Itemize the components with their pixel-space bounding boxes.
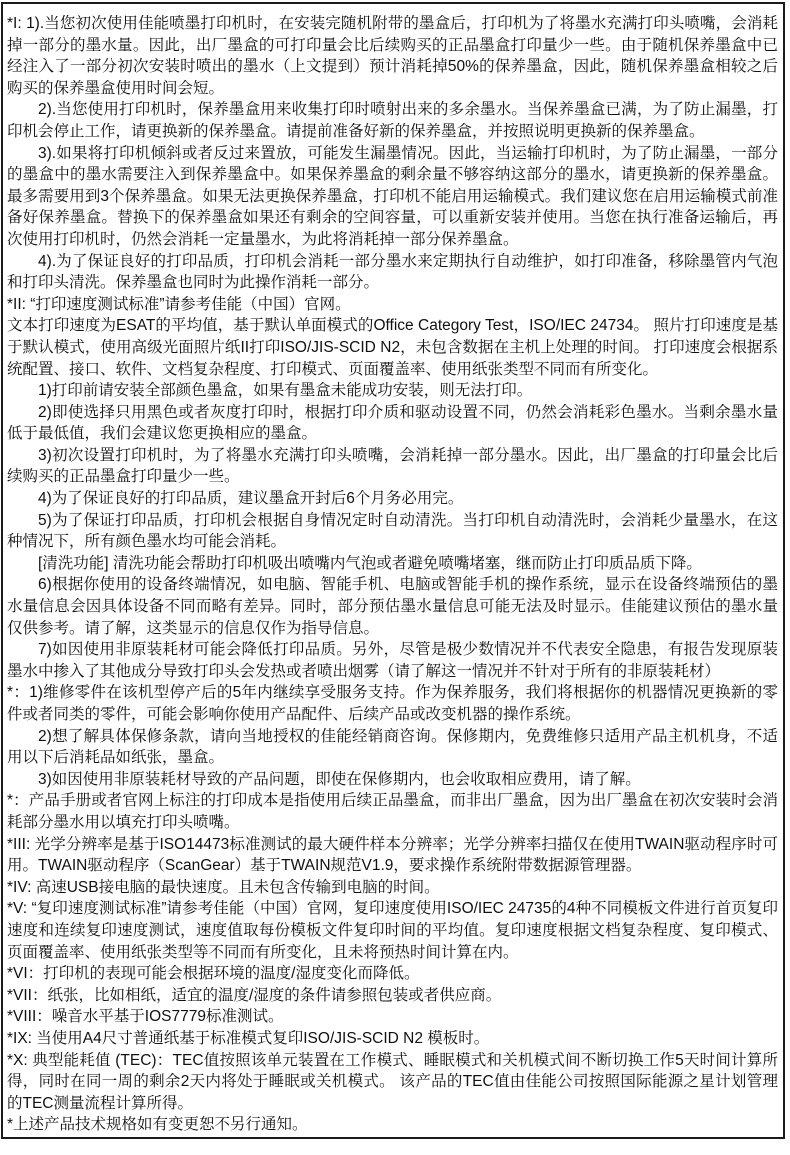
note-paragraph: 3)如因使用非原装耗材导致的产品问题，即使在保修期内，也会收取相应费用，请了解。 bbox=[7, 769, 778, 791]
note-paragraph: 4)为了保证良好的打印品质，建议墨盒开封后6个月务必用完。 bbox=[7, 488, 778, 510]
note-paragraph: 7)如因使用非原装耗材可能会降低打印品质。另外，尽管是极少数情况并不代表安全隐患… bbox=[7, 639, 778, 682]
note-paragraph: *I: 1).当您初次使用佳能喷墨打印机时，在安装完随机附带的墨盒后，打印机为了… bbox=[7, 13, 778, 99]
note-paragraph: *IX: 当使用A4尺寸普通纸基于标准模式复印ISO/JIS-SCID N2 模… bbox=[7, 1028, 778, 1050]
note-paragraph: 6)根据你使用的设备终端情况，如电脑、智能手机、电脑或智能手机的操作系统，显示在… bbox=[7, 574, 778, 639]
note-paragraph: *VI：打印机的表现可能会根据环境的温度/湿度变化而降低。 bbox=[7, 963, 778, 985]
note-paragraph: *II: “打印速度测试标准”请参考佳能（中国）官网。 bbox=[7, 294, 778, 316]
note-paragraph: *V: “复印速度测试标准”请参考佳能（中国）官网，复印速度使用ISO/IEC … bbox=[7, 898, 778, 963]
note-paragraph: *：1)维修零件在该机型停产后的5年内继续享受服务支持。作为保养服务，我们将根据… bbox=[7, 682, 778, 725]
note-paragraph: *详细参数请参考佳能（中国）官网参数规格。 bbox=[7, 1136, 778, 1139]
note-paragraph: 3)初次设置打印机时，为了将墨水充满打印头喷嘴，会消耗掉一部分墨水。因此，出厂墨… bbox=[7, 445, 778, 488]
note-paragraph: 5)为了保证打印品质，打印机会根据自身情况定时自动清洗。当打印机自动清洗时，会消… bbox=[7, 510, 778, 553]
note-paragraph: [清洗功能] 清洗功能会帮助打印机吸出喷嘴内气泡或者避免喷嘴堵塞，继而防止打印质… bbox=[7, 553, 778, 575]
spec-notes-body: *I: 1).当您初次使用佳能喷墨打印机时，在安装完随机附带的墨盒后，打印机为了… bbox=[3, 4, 783, 1137]
note-paragraph: *X: 典型能耗值 (TEC)：TEC值按照该单元装置在工作模式、睡眠模式和关机… bbox=[7, 1050, 778, 1115]
note-paragraph: 3).如果将打印机倾斜或者反过来置放，可能发生漏墨情况。因此，当运输打印机时，为… bbox=[7, 143, 778, 251]
note-paragraph: *上述产品技术规格如有变更恕不另行通知。 bbox=[7, 1114, 778, 1136]
note-paragraph: 2)即使选择只用黑色或者灰度打印时，根据打印介质和驱动设置不同，仍然会消耗彩色墨… bbox=[7, 402, 778, 445]
note-paragraph: *III: 光学分辨率是基于ISO14473标准测试的最大硬件样本分辨率；光学分… bbox=[7, 834, 778, 877]
note-paragraph: *VII：纸张，比如相纸，适宜的温度/湿度的条件请参照包装或者供应商。 bbox=[7, 985, 778, 1007]
note-paragraph: *IV: 高速USB接电脑的最快速度。且未包含传输到电脑的时间。 bbox=[7, 877, 778, 899]
spec-notes-frame: *I: 1).当您初次使用佳能喷墨打印机时，在安装完随机附带的墨盒后，打印机为了… bbox=[1, 2, 785, 1139]
note-paragraph: 4).为了保证良好的打印品质，打印机会消耗一部分墨水来定期执行自动维护，如打印准… bbox=[7, 251, 778, 294]
note-paragraph: *VIII：噪音水平基于IOS7779标准测试。 bbox=[7, 1006, 778, 1028]
note-paragraph: *：产品手册或者官网上标注的打印成本是指使用后续正品墨盒，而非出厂墨盒，因为出厂… bbox=[7, 790, 778, 833]
note-paragraph: 2)想了解具体保修条款，请向当地授权的佳能经销商咨询。保修期内，免费维修只适用产… bbox=[7, 726, 778, 769]
note-paragraph: 2).当您使用打印机时，保养墨盒用来收集打印时喷射出来的多余墨水。当保养墨盒已满… bbox=[7, 99, 778, 142]
note-paragraph: 文本打印速度为ESAT的平均值，基于默认单面模式的Office Category… bbox=[7, 315, 778, 380]
note-paragraph: 1)打印前请安装全部颜色墨盒，如果有墨盒未能成功安装，则无法打印。 bbox=[7, 380, 778, 402]
